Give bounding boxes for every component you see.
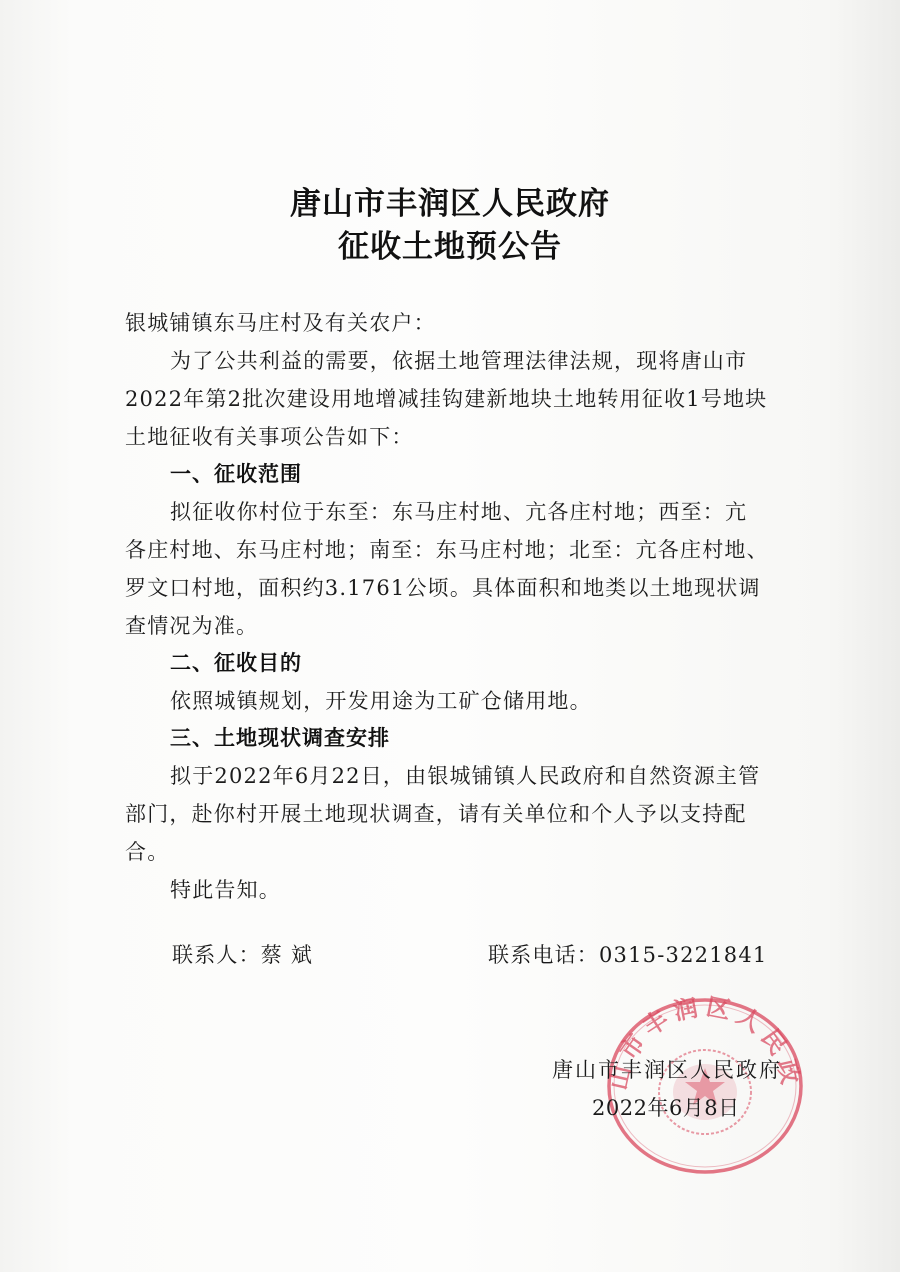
document-title-line1: 唐山市丰润区人民政府 bbox=[0, 178, 900, 223]
section-line: 拟于2022年6月22日，由银城铺镇人民政府和自然资源主管 bbox=[170, 761, 840, 791]
signature-date: 2022年6月8日 bbox=[592, 1093, 740, 1123]
section-line: 拟征收你村位于东至：东马庄村地、亢各庄村地；西至：亢 bbox=[170, 497, 840, 527]
contact-phone: 联系电话：0315-3221841 bbox=[488, 940, 767, 970]
section-line: 合。 bbox=[125, 837, 795, 867]
section-line: 查情况为准。 bbox=[125, 611, 795, 641]
section-heading-survey: 三、土地现状调查安排 bbox=[170, 723, 390, 753]
intro-line: 土地征收有关事项公告如下： bbox=[125, 422, 795, 452]
document-page: 唐山市丰润区人民政府 征收土地预公告 银城铺镇东马庄村及有关农户： 为了公共利益… bbox=[0, 0, 900, 1272]
signature-organization: 唐山市丰润区人民政府 bbox=[552, 1055, 782, 1085]
section-heading-scope: 一、征收范围 bbox=[170, 459, 302, 489]
section-line: 各庄村地、东马庄村地；南至：东马庄村地；北至：亢各庄村地、 bbox=[125, 535, 795, 565]
contact-person: 联系人：蔡 斌 bbox=[172, 940, 313, 970]
document-title-line2: 征收土地预公告 bbox=[0, 221, 900, 266]
closing-text: 特此告知。 bbox=[170, 875, 840, 905]
intro-line: 为了公共利益的需要，依据土地管理法律法规，现将唐山市 bbox=[170, 346, 840, 376]
salutation: 银城铺镇东马庄村及有关农户： bbox=[125, 308, 795, 338]
intro-line: 2022年第2批次建设用地增减挂钩建新地块土地转用征收1号地块 bbox=[125, 384, 795, 414]
section-line: 部门，赴你村开展土地现状调查，请有关单位和个人予以支持配 bbox=[125, 799, 795, 829]
section-heading-purpose: 二、征收目的 bbox=[170, 648, 302, 678]
section-line: 依照城镇规划，开发用途为工矿仓储用地。 bbox=[170, 686, 840, 716]
section-line: 罗文口村地，面积约3.1761公顷。具体面积和地类以土地现状调 bbox=[125, 573, 795, 603]
